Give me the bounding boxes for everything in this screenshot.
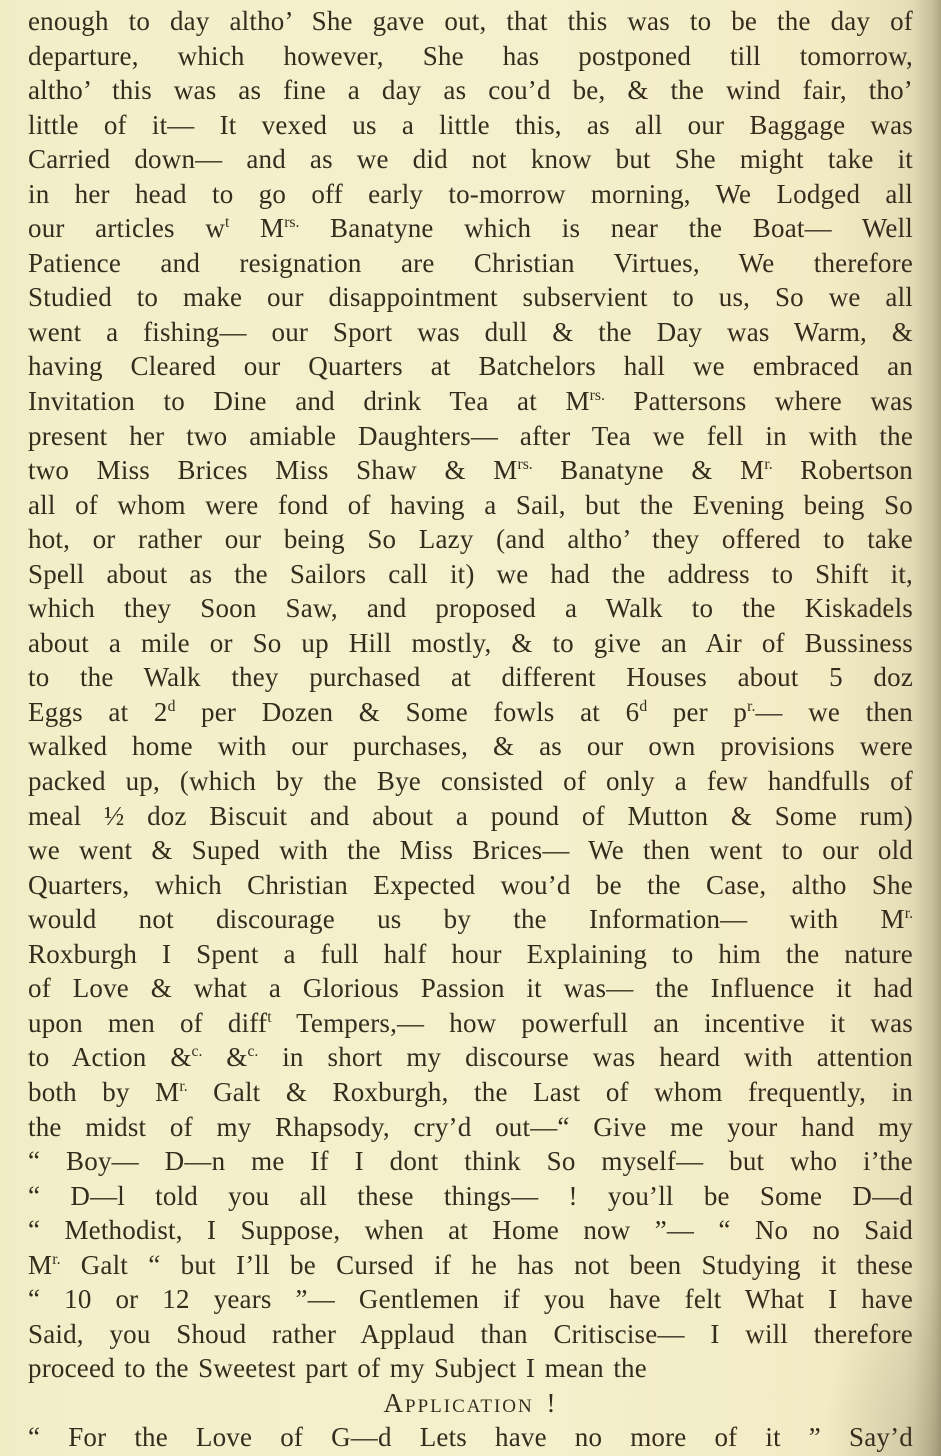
text-line: altho’ this was as fine a day as cou’d b…	[28, 73, 913, 108]
text-line: “ For the Love of G—d Lets have no more …	[28, 1420, 913, 1455]
text-line: walked home with our purchases, & as our…	[28, 729, 913, 764]
text-line: having Cleared our Quarters at Batchelor…	[28, 349, 913, 384]
text-line: our articles wt Mrs. Banatyne which is n…	[28, 211, 913, 246]
text-line: Patience and resignation are Christian V…	[28, 246, 913, 281]
text-line: to Action &c. &c. in short my discourse …	[28, 1040, 913, 1075]
text-line: which they Soon Saw, and proposed a Walk…	[28, 591, 913, 626]
text-line: Application !	[28, 1386, 913, 1421]
text-line: Invitation to Dine and drink Tea at Mrs.…	[28, 384, 913, 419]
text-line: Spell about as the Sailors call it) we h…	[28, 557, 913, 592]
text-line: Roxburgh I Spent a full half hour Explai…	[28, 937, 913, 972]
text-line: to the Walk they purchased at different …	[28, 660, 913, 695]
text-line: Said, you Shoud rather Applaud than Crit…	[28, 1317, 913, 1352]
text-line: about a mile or So up Hill mostly, & to …	[28, 626, 913, 661]
text-line: both by Mr. Galt & Roxburgh, the Last of…	[28, 1075, 913, 1110]
text-line: would not discourage us by the Informati…	[28, 902, 913, 937]
text-line: went a fishing— our Sport was dull & the…	[28, 315, 913, 350]
text-line: “ 10 or 12 years ”— Gentlemen if you hav…	[28, 1282, 913, 1317]
text-line: “ Methodist, I Suppose, when at Home now…	[28, 1213, 913, 1248]
text-line: upon men of difft Tempers,— how powerful…	[28, 1006, 913, 1041]
text-line: present her two amiable Daughters— after…	[28, 419, 913, 454]
text-line: proceed to the Sweetest part of my Subje…	[28, 1351, 913, 1386]
text-line: two Miss Brices Miss Shaw & Mrs. Banatyn…	[28, 453, 913, 488]
text-line: Studied to make our disappointment subse…	[28, 280, 913, 315]
text-line: meal ½ doz Biscuit and about a pound of …	[28, 799, 913, 834]
text-line: “ Boy— D—n me If I dont think So myself—…	[28, 1144, 913, 1179]
text-line: enough to day altho’ She gave out, that …	[28, 4, 913, 39]
page-text: enough to day altho’ She gave out, that …	[28, 4, 913, 1455]
text-line: Quarters, which Christian Expected wou’d…	[28, 868, 913, 903]
text-line: all of whom were fond of having a Sail, …	[28, 488, 913, 523]
text-line: Carried down— and as we did not know but…	[28, 142, 913, 177]
text-line: “ D—l told you all these things— ! you’l…	[28, 1179, 913, 1214]
text-line: Mr. Galt “ but I’ll be Cursed if he has …	[28, 1248, 913, 1283]
book-page: enough to day altho’ She gave out, that …	[0, 0, 941, 1456]
text-line: departure, which however, She has postpo…	[28, 39, 913, 74]
text-line: in her head to go off early to-morrow mo…	[28, 177, 913, 212]
text-line: Eggs at 2d per Dozen & Some fowls at 6d …	[28, 695, 913, 730]
text-line: of Love & what a Glorious Passion it was…	[28, 971, 913, 1006]
text-line: packed up, (which by the Bye consisted o…	[28, 764, 913, 799]
text-line: little of it— It vexed us a little this,…	[28, 108, 913, 143]
text-line: hot, or rather our being So Lazy (and al…	[28, 522, 913, 557]
page-edge-shading	[915, 0, 941, 1456]
text-line: we went & Suped with the Miss Brices— We…	[28, 833, 913, 868]
text-line: the midst of my Rhapsody, cry’d out—“ Gi…	[28, 1110, 913, 1145]
